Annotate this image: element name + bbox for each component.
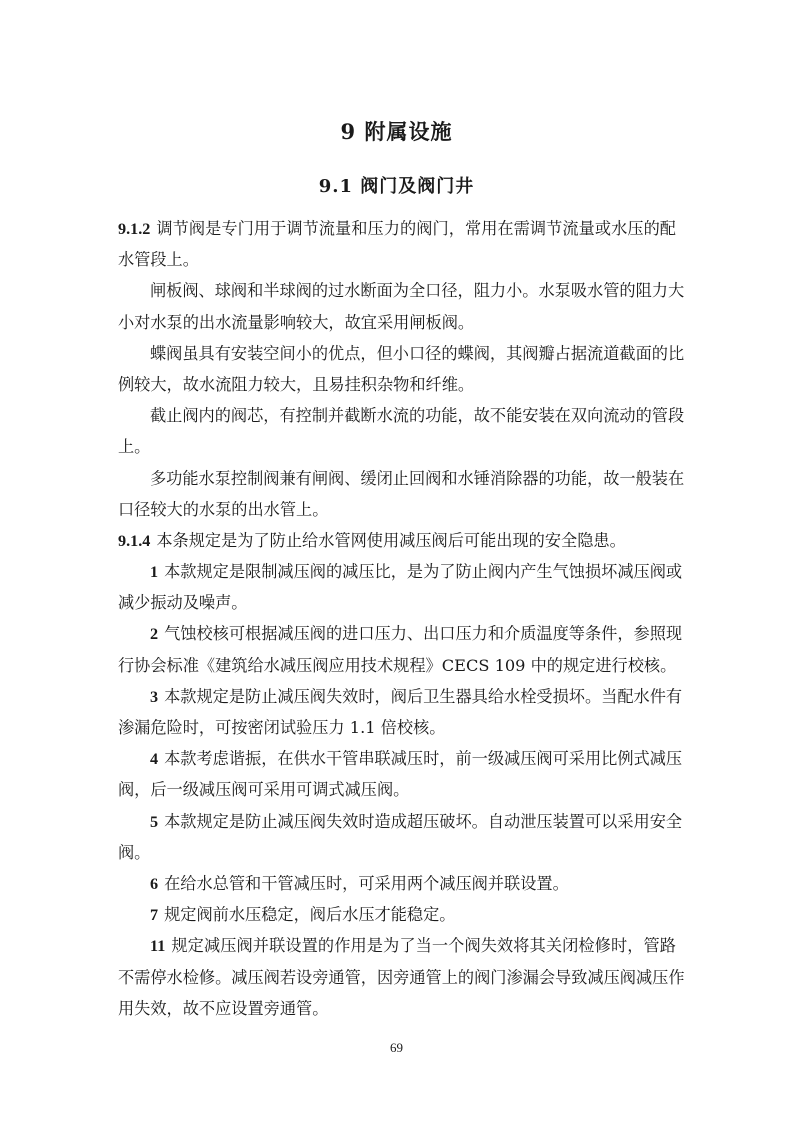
text-line: 多功能水泵控制阀兼有闸阀、缓闭止回阀和水锤消除器的功能，故一般装在 [118,463,676,494]
text-line: 水管段上。 [118,244,676,275]
item-number: 6 [150,875,158,893]
item-number: 11 [150,937,165,955]
text-line: 口径较大的水泵的出水管上。 [118,494,676,525]
text-line: 阀，后一级减压阀可采用可调式减压阀。 [118,774,676,805]
item-number: 3 [150,688,158,706]
section-title: 9.1 阀门及阀门井 [0,172,793,198]
item-number: 4 [150,750,158,768]
text-line: 渗漏危险时，可按密闭试验压力 1.1 倍校核。 [118,712,676,743]
page-number: 69 [0,1040,793,1056]
text-line: 上。 [118,431,676,462]
clause-number: 9.1.2 [118,220,150,238]
text-line: 蝶阀虽具有安装空间小的优点，但小口径的蝶阀，其阀瓣占据流道截面的比 [118,338,676,369]
text-line: 9.1.4本条规定是为了防止给水管网使用减压阀后可能出现的安全隐患。 [118,525,676,556]
item-number: 7 [150,906,158,924]
text-line: 减少振动及噪声。 [118,587,676,618]
text-line: 4本款考虑谐振，在供水干管串联减压时，前一级减压阀可采用比例式减压 [118,743,676,774]
text-line: 7规定阀前水压稳定，阀后水压才能稳定。 [118,899,676,930]
text-line: 闸板阀、球阀和半球阀的过水断面为全口径，阻力小。水泵吸水管的阻力大 [118,275,676,306]
text-line: 例较大，故水流阻力较大，且易挂积杂物和纤维。 [118,369,676,400]
text-line: 6在给水总管和干管减压时，可采用两个减压阀并联设置。 [118,868,676,899]
text-line: 3本款规定是防止减压阀失效时，阀后卫生器具给水栓受损坏。当配水件有 [118,681,676,712]
text-line: 用失效，故不应设置旁通管。 [118,993,676,1024]
item-number: 5 [150,813,158,831]
chapter-title: 9 附属设施 [0,116,793,146]
text-line: 截止阀内的阀芯，有控制并截断水流的功能，故不能安装在双向流动的管段 [118,400,676,431]
document-page: 9 附属设施 9.1 阀门及阀门井 9.1.2调节阀是专门用于调节流量和压力的阀… [0,0,793,1122]
text-line: 11规定减压阀并联设置的作用是为了当一个阀失效将其关闭检修时，管路 [118,930,676,961]
item-number: 1 [150,563,158,581]
text-line: 小对水泵的出水流量影响较大，故宜采用闸板阀。 [118,307,676,338]
text-line: 9.1.2调节阀是专门用于调节流量和压力的阀门，常用在需调节流量或水压的配 [118,213,676,244]
body-text: 9.1.2调节阀是专门用于调节流量和压力的阀门，常用在需调节流量或水压的配 水管… [118,213,676,1024]
text-line: 不需停水检修。减压阀若设旁通管，因旁通管上的阀门渗漏会导致减压阀减压作 [118,962,676,993]
text-line: 5本款规定是防止减压阀失效时造成超压破坏。自动泄压装置可以采用安全 [118,806,676,837]
text-line: 2气蚀校核可根据减压阀的进口压力、出口压力和介质温度等条件，参照现 [118,618,676,649]
clause-number: 9.1.4 [118,532,150,550]
text-line: 阀。 [118,837,676,868]
text-line: 行协会标准《建筑给水减压阀应用技术规程》CECS 109 中的规定进行校核。 [118,650,676,681]
text-line: 1本款规定是限制减压阀的减压比，是为了防止阀内产生气蚀损坏减压阀或 [118,556,676,587]
item-number: 2 [150,625,158,643]
